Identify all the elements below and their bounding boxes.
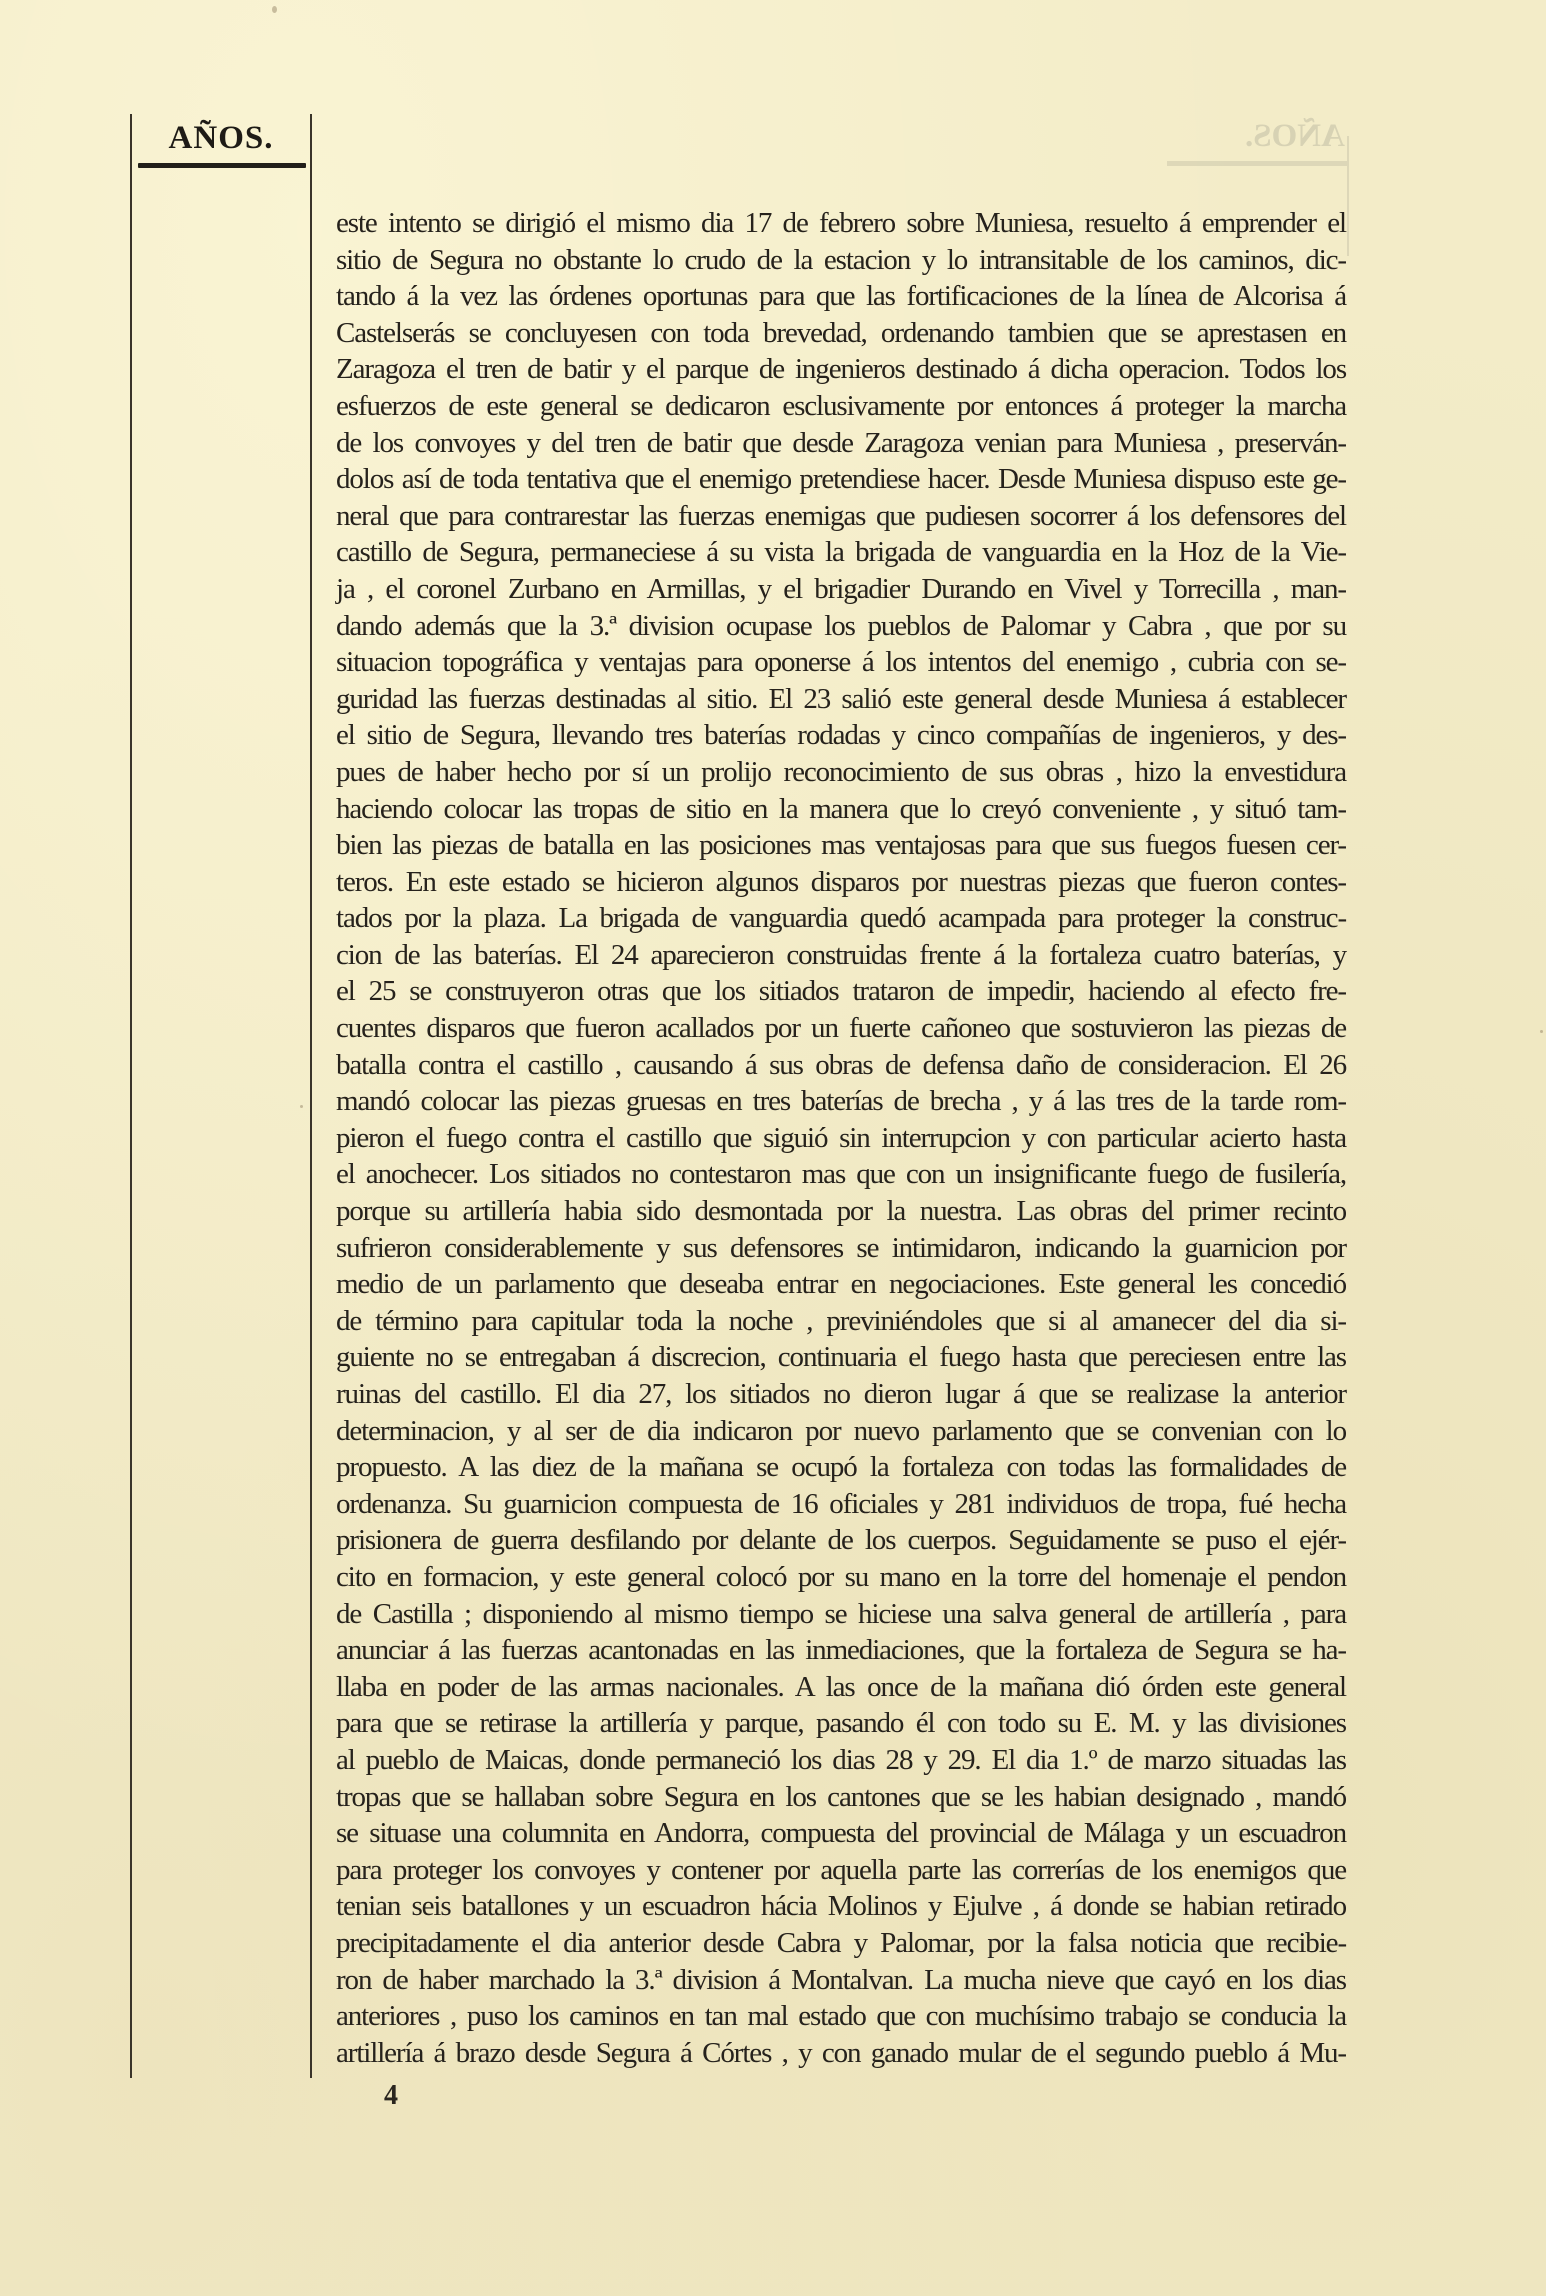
- text-line: sitio de Segura no obstante lo crudo de …: [336, 242, 1346, 279]
- text-line: al pueblo de Maicas, donde permaneció lo…: [336, 1742, 1346, 1779]
- text-line: el 25 se construyeron otras que los siti…: [336, 973, 1346, 1010]
- paper-speck: [272, 6, 277, 13]
- years-header-rule: [138, 163, 306, 168]
- body-text-column: este intento se dirigió el mismo dia 17 …: [336, 205, 1346, 2071]
- text-line: de término para capitular toda la noche …: [336, 1303, 1346, 1340]
- text-line: tenian seis batallones y un escuadron há…: [336, 1888, 1346, 1925]
- text-line: tropas que se hallaban sobre Segura en l…: [336, 1779, 1346, 1816]
- text-line: castillo de Segura, permaneciese á su vi…: [336, 534, 1346, 571]
- text-line: precipitadamente el dia anterior desde C…: [336, 1925, 1346, 1962]
- text-line: porque su artillería habia sido desmonta…: [336, 1193, 1346, 1230]
- years-column-header: AÑOS.: [132, 114, 310, 160]
- text-line: de Castilla ; disponiendo al mismo tiemp…: [336, 1596, 1346, 1633]
- text-line: artillería á brazo desde Segura á Córtes…: [336, 2035, 1346, 2072]
- text-line: teros. En este estado se hicieron alguno…: [336, 864, 1346, 901]
- text-line: para que se retirase la artillería y par…: [336, 1705, 1346, 1742]
- text-line: cuentes disparos que fueron acallados po…: [336, 1010, 1346, 1047]
- page-number: 4: [384, 2080, 398, 2112]
- text-line: mandó colocar las piezas gruesas en tres…: [336, 1083, 1346, 1120]
- text-line: tando á la vez las órdenes oportunas par…: [336, 278, 1346, 315]
- text-line: guiente no se entregaban á discrecion, c…: [336, 1339, 1346, 1376]
- text-line: dando además que la 3.ª division ocupase…: [336, 608, 1346, 645]
- text-line: guridad las fuerzas destinadas al sitio.…: [336, 681, 1346, 718]
- text-line: cion de las baterías. El 24 aparecieron …: [336, 937, 1346, 974]
- text-line: Zaragoza el tren de batir y el parque de…: [336, 351, 1346, 388]
- text-line: cito en formacion, y este general colocó…: [336, 1559, 1346, 1596]
- text-line: anunciar á las fuerzas acantonadas en la…: [336, 1632, 1346, 1669]
- text-line: sufrieron considerablemente y sus defens…: [336, 1230, 1346, 1267]
- text-line: Castelserás se concluyesen con toda brev…: [336, 315, 1346, 352]
- text-line: neral que para contrarestar las fuerzas …: [336, 498, 1346, 535]
- text-line: tados por la plaza. La brigada de vangua…: [336, 900, 1346, 937]
- text-line: pues de haber hecho por sí un prolijo re…: [336, 754, 1346, 791]
- text-line: para proteger los convoyes y contener po…: [336, 1852, 1346, 1889]
- text-line: dolos así de toda tentativa que el enemi…: [336, 461, 1346, 498]
- text-line: determinacion, y al ser de dia indicaron…: [336, 1413, 1346, 1450]
- text-line: llaba en poder de las armas nacionales. …: [336, 1669, 1346, 1706]
- paper-speck: [1540, 1030, 1543, 1033]
- text-line: ruinas del castillo. El dia 27, los siti…: [336, 1376, 1346, 1413]
- text-line: medio de un parlamento que deseaba entra…: [336, 1266, 1346, 1303]
- text-line: ordenanza. Su guarnicion compuesta de 16…: [336, 1486, 1346, 1523]
- text-line: anteriores , puso los caminos en tan mal…: [336, 1998, 1346, 2035]
- years-margin-column: AÑOS.: [130, 114, 312, 2078]
- text-line: ron de haber marchado la 3.ª division á …: [336, 1962, 1346, 1999]
- text-line: pieron el fuego contra el castillo que s…: [336, 1120, 1346, 1157]
- text-line: el anochecer. Los sitiados no contestaro…: [336, 1156, 1346, 1193]
- text-line: haciendo colocar las tropas de sitio en …: [336, 791, 1346, 828]
- text-line: prisionera de guerra desfilando por dela…: [336, 1522, 1346, 1559]
- text-line: de los convoyes y del tren de batir que …: [336, 425, 1346, 462]
- text-line: bien las piezas de batalla en las posici…: [336, 827, 1346, 864]
- text-line: este intento se dirigió el mismo dia 17 …: [336, 205, 1346, 242]
- bleed-through-rule: [1167, 161, 1347, 166]
- text-line: esfuerzos de este general se dedicaron e…: [336, 388, 1346, 425]
- text-line: propuesto. A las diez de la mañana se oc…: [336, 1449, 1346, 1486]
- text-line: ja , el coronel Zurbano en Armillas, y e…: [336, 571, 1346, 608]
- text-line: se situase una columnita en Andorra, com…: [336, 1815, 1346, 1852]
- text-line: el sitio de Segura, llevando tres baterí…: [336, 717, 1346, 754]
- text-line: situacion topográfica y ventajas para op…: [336, 644, 1346, 681]
- bleed-through-vertical-line: [1347, 136, 1349, 256]
- text-line: batalla contra el castillo , causando á …: [336, 1047, 1346, 1084]
- bleed-through-header: AÑOS.: [1205, 118, 1385, 155]
- document-page: AÑOS. AÑOS. este intento se dirigió el m…: [0, 0, 1546, 2296]
